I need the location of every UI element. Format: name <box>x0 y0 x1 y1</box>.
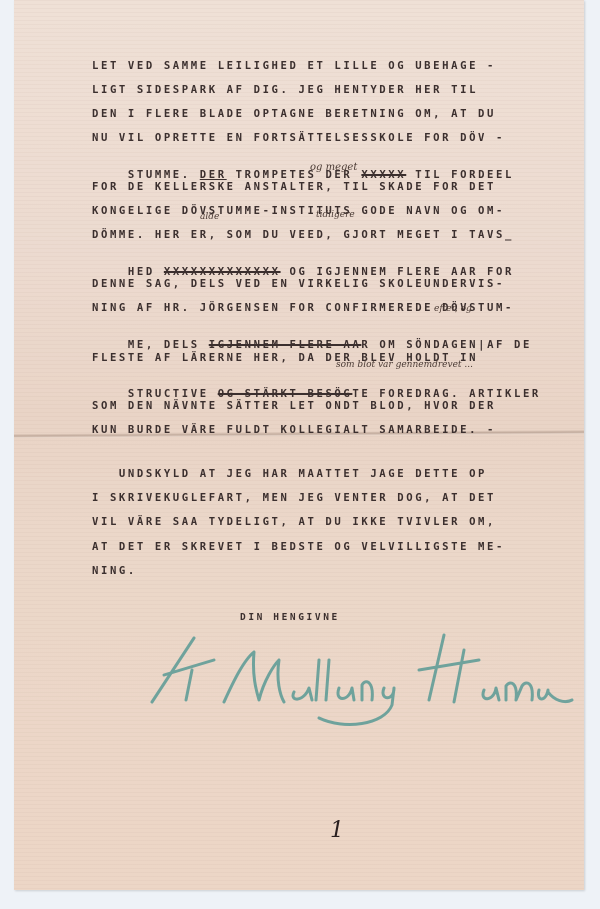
text-line: I SKRIVEKUGLEFART, MEN JEG VENTER DOG, A… <box>92 492 496 504</box>
text-segment: STUMME. <box>128 169 200 181</box>
handwritten-insertion: som blot var gennemdrevet ... <box>336 360 473 370</box>
page-number: 1 <box>330 818 344 843</box>
text-line: KUN BURDE VÄRE FULDT KOLLEGIALT SAMARBEI… <box>92 424 496 436</box>
text-line: SOM DEN NÄVNTE SÄTTER LET ONDT BLOD, HVO… <box>92 400 496 412</box>
letter-page: LET VED SAMME LEILIGHED ET LILLE OG UBEH… <box>14 0 584 890</box>
text-segment: TIL FORDEEL <box>406 169 514 181</box>
text-line: DENNE SAG, DELS VED EN VIRKELIG SKOLEUND… <box>92 278 505 290</box>
closing-salutation: DIN HENGIVNE <box>240 612 340 623</box>
text-line: DEN I FLERE BLADE OPTAGNE BERETNING OM, … <box>92 108 496 120</box>
text-segment: R OM SÖNDAGEN|AF DE <box>361 339 532 351</box>
struck-text: IGJENNEM FLERE AA <box>209 339 362 351</box>
struck-text: XXXXXXXXXXXXX <box>164 266 281 278</box>
text-line: DÖMME. HER ER, SOM DU VEED, GJORT MEGET … <box>92 229 514 241</box>
handwritten-insertion: efter, og <box>434 304 472 314</box>
handwritten-insertion: og meget <box>310 162 357 173</box>
text-line: LET VED SAMME LEILIGHED ET LILLE OG UBEH… <box>92 60 496 72</box>
text-line: UNDSKYLD AT JEG HAR MAATTET JAGE DETTE O… <box>92 468 487 480</box>
text-line: LIGT SIDESPARK AF DIG. JEG HENTYDER HER … <box>92 84 478 96</box>
handwritten-insertion: alde <box>200 212 219 222</box>
text-segment: HED <box>128 266 164 278</box>
text-line: KONGELIGE DÖVSTUMME-INSTITUTS GODE NAVN … <box>92 205 505 217</box>
text-line: NU VIL OPRETTE EN FORTSÄTTELSESSKOLE FOR… <box>92 132 505 144</box>
text-line: VIL VÄRE SAA TYDELIGT, AT DU IKKE TVIVLE… <box>92 516 496 528</box>
handwritten-signature <box>144 630 574 730</box>
struck-text: OG STÄRKT BESÖG <box>218 388 353 400</box>
underlined-word: DER <box>200 169 227 181</box>
text-line: AT DET ER SKREVET I BEDSTE OG VELVILLIGS… <box>92 541 505 553</box>
text-line: NING. <box>92 565 137 577</box>
struck-word: XXXXX <box>361 169 406 181</box>
text-segment: TE FOREDRAG. ARTIKLER <box>352 388 541 400</box>
text-segment: STRUCTIVE <box>128 388 218 400</box>
handwritten-insertion: tidligere <box>316 210 355 220</box>
text-segment: ME, DELS <box>128 339 209 351</box>
text-segment: OG IGJENNEM FLERE AAR FOR <box>281 266 514 278</box>
text-line: FOR DE KELLERSKE ANSTALTER, TIL SKADE FO… <box>92 181 496 193</box>
